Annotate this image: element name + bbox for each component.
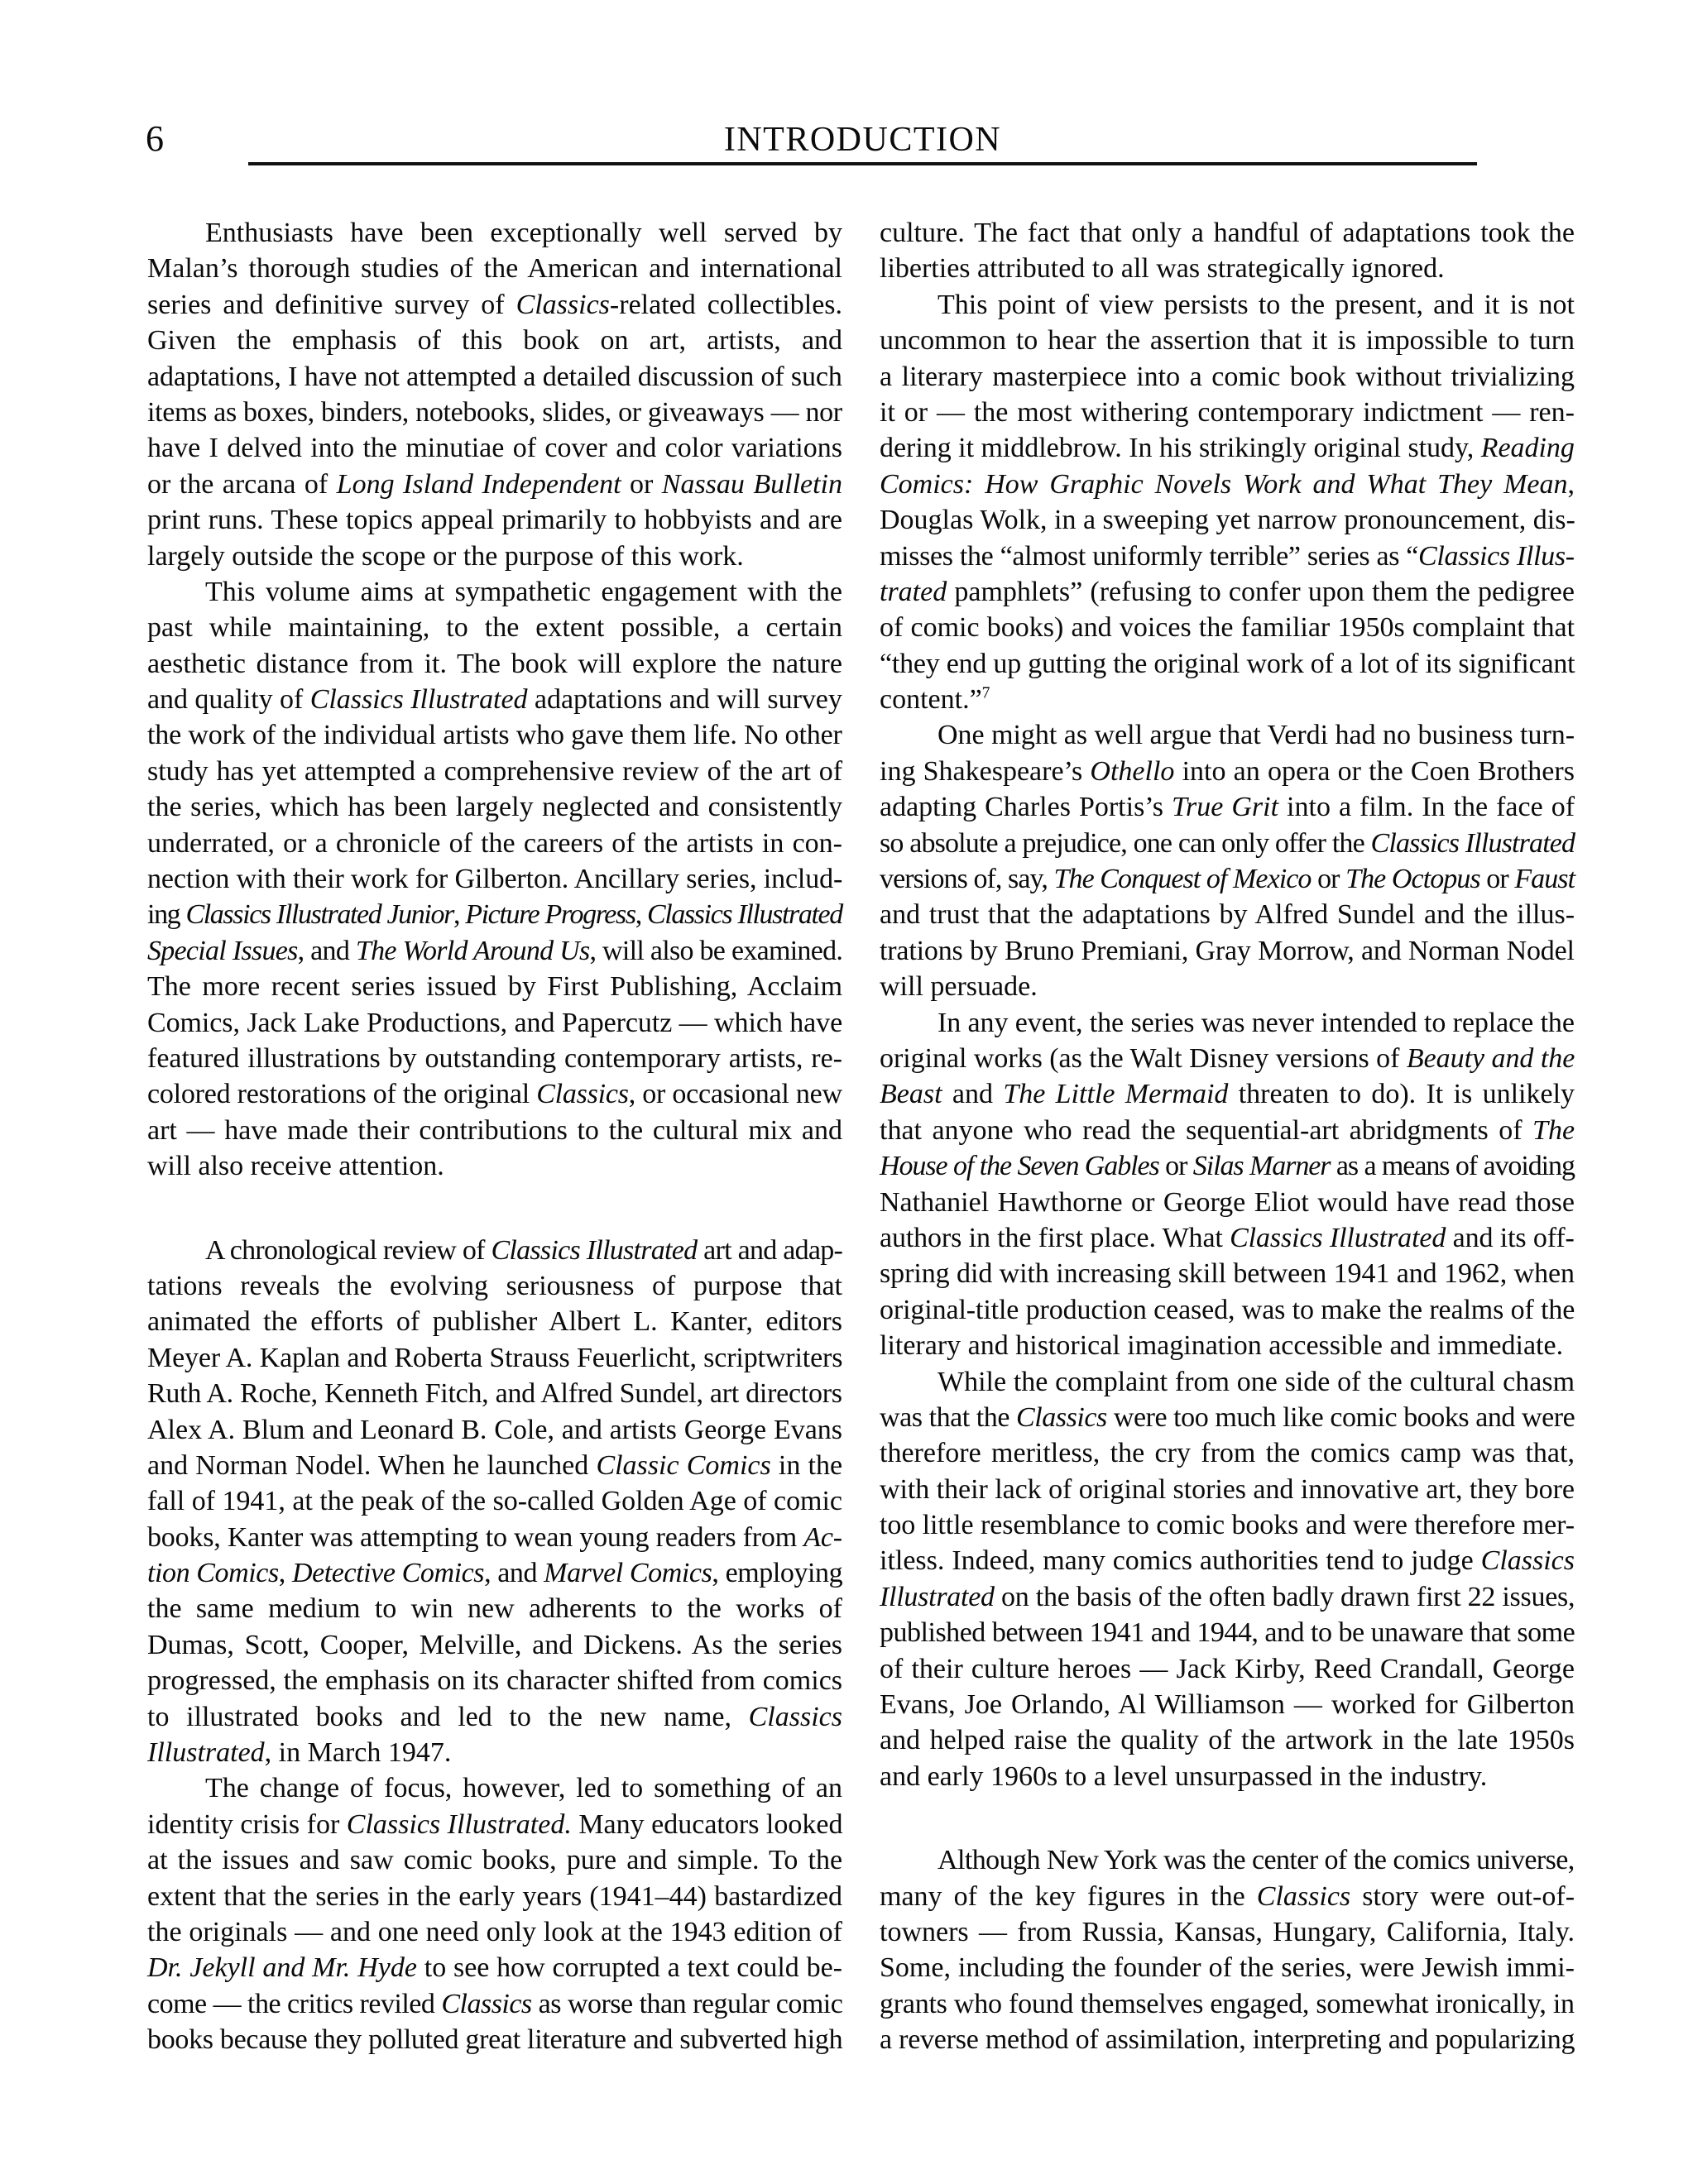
line-text: series and definitive survey of Classics… <box>147 290 842 320</box>
text-line: Illustrated, in March 1947. <box>147 1735 842 1770</box>
text-line: “they end up gutting the original work o… <box>880 646 1575 682</box>
text-line: culture. The fact that only a handful of… <box>880 215 1575 251</box>
line-text: and Norman Nodel. When he launched Class… <box>147 1450 842 1481</box>
line-text: and early 1960s to a level unsurpassed i… <box>880 1761 1487 1792</box>
line-text: that anyone who read the sequential-art … <box>880 1115 1575 1146</box>
text-line: colored restorations of the original Cla… <box>147 1076 842 1112</box>
text-line: progressed, the emphasis on its characte… <box>147 1663 842 1698</box>
line-text: at the issues and saw comic books, pure … <box>147 1845 842 1875</box>
text-line: art — have made their contributions to t… <box>147 1113 842 1148</box>
text-line: tations reveals the evolving seriousness… <box>147 1268 842 1304</box>
line-text: The change of focus, however, led to som… <box>205 1773 842 1803</box>
text-line: and quality of Classics Illustrated adap… <box>147 682 842 717</box>
line-text: and trust that the adaptations by Alfred… <box>880 899 1575 930</box>
text-line: tion Comics, Detective Comics, and Marve… <box>147 1555 842 1591</box>
line-text: a reverse method of assimilation, interp… <box>880 2024 1575 2055</box>
line-text: In any event, the series was never inten… <box>938 1008 1575 1038</box>
text-line: items as boxes, binders, notebooks, slid… <box>147 395 842 430</box>
line-text: original works (as the Walt Disney versi… <box>880 1043 1575 1074</box>
text-line: published between 1941 and 1944, and to … <box>880 1615 1575 1650</box>
line-text: ing Classics Illustrated Junior, Picture… <box>147 899 842 930</box>
text-line: uncommon to hear the assertion that it i… <box>880 323 1575 358</box>
text-line: it or — the most withering contemporary … <box>880 395 1575 430</box>
right-column: culture. The fact that only a handful of… <box>880 215 1575 2058</box>
line-text: authors in the first place. What Classic… <box>880 1223 1575 1253</box>
text-line: Beast and The Little Mermaid threaten to… <box>880 1076 1575 1112</box>
line-text: Some, including the founder of the serie… <box>880 1952 1575 1983</box>
text-line: and Norman Nodel. When he launched Class… <box>147 1448 842 1483</box>
line-text: liberties attributed to all was strategi… <box>880 253 1445 284</box>
line-text: therefore meritless, the cry from the co… <box>880 1438 1575 1468</box>
text-line: While the complaint from one side of the… <box>880 1364 1575 1400</box>
text-line: One might as well argue that Verdi had n… <box>880 717 1575 753</box>
line-text: Nathaniel Hawthorne or George Eliot woul… <box>880 1187 1575 1218</box>
line-text: Beast and The Little Mermaid threaten to… <box>880 1079 1575 1109</box>
line-text: Malan’s thorough studies of the American… <box>147 253 842 284</box>
line-text: Meyer A. Kaplan and Roberta Strauss Feue… <box>147 1343 842 1373</box>
text-line: and helped raise the quality of the artw… <box>880 1722 1575 1758</box>
text-line: Evans, Joe Orlando, Al Williamson — work… <box>880 1687 1575 1722</box>
text-line: many of the key figures in the Classics … <box>880 1879 1575 1914</box>
text-line: will persuade. <box>880 969 1575 1004</box>
line-text: Comics: How Graphic Novels Work and What… <box>880 469 1575 500</box>
line-text: Although New York was the center of the … <box>938 1845 1575 1875</box>
text-line: The change of focus, however, led to som… <box>147 1770 842 1806</box>
text-line: Malan’s thorough studies of the American… <box>147 251 842 286</box>
text-line: books, Kanter was attempting to wean you… <box>147 1520 842 1555</box>
line-text: content.”7 <box>880 684 990 715</box>
header-rule <box>248 162 1477 165</box>
line-text: adaptations, I have not attempted a deta… <box>147 362 842 392</box>
page: 6 INTRODUCTION Enthusiasts have been exc… <box>0 0 1688 2184</box>
line-text: colored restorations of the original Cla… <box>147 1079 842 1109</box>
line-text: Enthusiasts have been exceptionally well… <box>205 218 842 248</box>
text-line: past while maintaining, to the extent po… <box>147 610 842 645</box>
text-line: misses the “almost uniformly terrible” s… <box>880 539 1575 574</box>
text-line: a literary masterpiece into a comic book… <box>880 359 1575 395</box>
text-line: Some, including the founder of the serie… <box>880 1950 1575 1985</box>
line-text: items as boxes, binders, notebooks, slid… <box>147 397 842 428</box>
text-line: therefore meritless, the cry from the co… <box>880 1435 1575 1471</box>
text-line: largely outside the scope or the purpose… <box>147 539 842 574</box>
text-line: Alex A. Blum and Leonard B. Cole, and ar… <box>147 1412 842 1448</box>
line-text: books because they polluted great litera… <box>147 2024 842 2055</box>
line-text: Special Issues, and The World Around Us,… <box>147 936 842 966</box>
line-text: will persuade. <box>880 971 1038 1002</box>
text-line: and early 1960s to a level unsurpassed i… <box>880 1759 1575 1794</box>
line-text: largely outside the scope or the purpose… <box>147 541 744 572</box>
text-line: featured illustrations by outstanding co… <box>147 1041 842 1076</box>
text-line: Dumas, Scott, Cooper, Melville, and Dick… <box>147 1627 842 1663</box>
line-text: of their culture heroes — Jack Kirby, Re… <box>880 1654 1575 1684</box>
text-line: extent that the series in the early year… <box>147 1879 842 1914</box>
line-text: itless. Indeed, many comics authorities … <box>880 1545 1575 1576</box>
line-text: dering it middlebrow. In his strikingly … <box>880 433 1575 463</box>
text-line: itless. Indeed, many comics authorities … <box>880 1543 1575 1578</box>
line-text: with their lack of original stories and … <box>880 1474 1575 1505</box>
line-text: towners — from Russia, Kansas, Hungary, … <box>880 1917 1575 1947</box>
line-text: to illustrated books and led to the new … <box>147 1702 842 1732</box>
text-line: will also receive attention. <box>147 1148 842 1184</box>
text-line: of their culture heroes — Jack Kirby, Re… <box>880 1651 1575 1687</box>
text-line: towners — from Russia, Kansas, Hungary, … <box>880 1914 1575 1950</box>
line-text: books, Kanter was attempting to wean you… <box>147 1522 842 1553</box>
line-text: trated pamphlets” (refusing to confer up… <box>880 577 1575 607</box>
line-text: This volume aims at sympathetic engageme… <box>205 577 842 607</box>
line-text: literary and historical imagination acce… <box>880 1330 1563 1361</box>
text-line: dering it middlebrow. In his strikingly … <box>880 430 1575 466</box>
text-line: that anyone who read the sequential-art … <box>880 1113 1575 1148</box>
line-text: Ruth A. Roche, Kenneth Fitch, and Alfred… <box>147 1378 842 1409</box>
line-text: the originals — and one need only look a… <box>147 1917 842 1947</box>
text-line: the series, which has been largely negle… <box>147 789 842 825</box>
line-text: progressed, the emphasis on its characte… <box>147 1665 842 1696</box>
text-line: authors in the first place. What Classic… <box>880 1220 1575 1256</box>
text-line: books because they polluted great litera… <box>147 2022 842 2057</box>
text-line: too little resemblance to comic books an… <box>880 1507 1575 1543</box>
text-line: have I delved into the minutiae of cover… <box>147 430 842 466</box>
text-line: trations by Bruno Premiani, Gray Morrow,… <box>880 933 1575 969</box>
line-text: tations reveals the evolving seriousness… <box>147 1271 842 1301</box>
text-line: content.”7 <box>880 682 1575 717</box>
text-line: Ruth A. Roche, Kenneth Fitch, and Alfred… <box>147 1376 842 1411</box>
text-line: grants who found themselves engaged, som… <box>880 1986 1575 2022</box>
text-line: Comics, Jack Lake Productions, and Paper… <box>147 1005 842 1041</box>
text-line: spring did with increasing skill between… <box>880 1256 1575 1291</box>
line-text: art — have made their contributions to t… <box>147 1115 842 1146</box>
line-text: Illustrated on the basis of the often ba… <box>880 1582 1575 1612</box>
line-text: Evans, Joe Orlando, Al Williamson — work… <box>880 1689 1575 1720</box>
text-line: Meyer A. Kaplan and Roberta Strauss Feue… <box>147 1340 842 1376</box>
text-line: Although New York was the center of the … <box>880 1842 1575 1878</box>
text-line: Dr. Jekyll and Mr. Hyde to see how corru… <box>147 1950 842 1985</box>
line-text: culture. The fact that only a handful of… <box>880 218 1575 248</box>
line-text: and quality of Classics Illustrated adap… <box>147 684 842 715</box>
running-head-title: INTRODUCTION <box>248 122 1477 157</box>
text-line: series and definitive survey of Classics… <box>147 287 842 323</box>
line-text: “they end up gutting the original work o… <box>880 649 1575 679</box>
line-text: trations by Bruno Premiani, Gray Morrow,… <box>880 936 1575 966</box>
text-line: was that the Classics were too much like… <box>880 1400 1575 1435</box>
line-text: have I delved into the minutiae of cover… <box>147 433 842 463</box>
text-line: Douglas Wolk, in a sweeping yet narrow p… <box>880 502 1575 538</box>
line-text: Dr. Jekyll and Mr. Hyde to see how corru… <box>147 1952 842 1983</box>
line-text: of comic books) and voices the familiar … <box>880 612 1575 643</box>
line-text: The more recent series issued by First P… <box>147 971 842 1002</box>
line-text: original-title production ceased, was to… <box>880 1295 1575 1325</box>
text-line: adaptations, I have not attempted a deta… <box>147 359 842 395</box>
line-text: identity crisis for Classics Illustrated… <box>147 1809 842 1840</box>
text-line: at the issues and saw comic books, pure … <box>147 1842 842 1878</box>
text-line: underrated, or a chronicle of the career… <box>147 826 842 861</box>
text-line: Given the emphasis of this book on art, … <box>147 323 842 358</box>
line-text: many of the key figures in the Classics … <box>880 1881 1575 1912</box>
line-text: uncommon to hear the assertion that it i… <box>880 325 1575 356</box>
line-text: too little resemblance to comic books an… <box>880 1510 1575 1540</box>
text-line: trated pamphlets” (refusing to confer up… <box>880 574 1575 610</box>
text-line: to illustrated books and led to the new … <box>147 1699 842 1735</box>
line-text: the series, which has been largely negle… <box>147 792 842 822</box>
line-text: come — the critics reviled Classics as w… <box>147 1989 842 2019</box>
text-columns: Enthusiasts have been exceptionally well… <box>147 215 1575 2058</box>
text-line: original works (as the Walt Disney versi… <box>880 1041 1575 1076</box>
line-text: While the complaint from one side of the… <box>938 1367 1575 1397</box>
line-text: Dumas, Scott, Cooper, Melville, and Dick… <box>147 1630 842 1660</box>
line-text: Comics, Jack Lake Productions, and Paper… <box>147 1008 842 1038</box>
text-line: This point of view persists to the prese… <box>880 287 1575 323</box>
line-text: nection with their work for Gilberton. A… <box>147 864 842 894</box>
line-text: ing Shakespeare’s Othello into an opera … <box>880 756 1575 787</box>
text-line: literary and historical imagination acce… <box>880 1328 1575 1363</box>
text-line: Special Issues, and The World Around Us,… <box>147 933 842 969</box>
line-text: underrated, or a chronicle of the career… <box>147 828 842 859</box>
text-line: identity crisis for Classics Illustrated… <box>147 1807 842 1842</box>
text-line: nection with their work for Gilberton. A… <box>147 861 842 897</box>
line-text: spring did with increasing skill between… <box>880 1258 1575 1289</box>
line-text: A chronological review of Classics Illus… <box>205 1235 842 1266</box>
line-text: the work of the individual artists who g… <box>147 720 842 750</box>
text-line: In any event, the series was never inten… <box>880 1005 1575 1041</box>
line-text: grants who found themselves engaged, som… <box>880 1989 1575 2019</box>
line-text: extent that the series in the early year… <box>147 1881 842 1912</box>
line-text: past while maintaining, to the extent po… <box>147 612 842 643</box>
line-text: was that the Classics were too much like… <box>880 1402 1575 1433</box>
line-text: tion Comics, Detective Comics, and Marve… <box>147 1558 842 1588</box>
line-text: and helped raise the quality of the artw… <box>880 1725 1575 1755</box>
text-line: Enthusiasts have been exceptionally well… <box>147 215 842 251</box>
line-text: a literary masterpiece into a comic book… <box>880 362 1575 392</box>
line-text: Douglas Wolk, in a sweeping yet narrow p… <box>880 505 1575 535</box>
text-line: and trust that the adaptations by Alfred… <box>880 897 1575 932</box>
text-line: Comics: How Graphic Novels Work and What… <box>880 467 1575 502</box>
text-line: This volume aims at sympathetic engageme… <box>147 574 842 610</box>
text-line: or the arcana of Long Island Independent… <box>147 467 842 502</box>
text-line: the same medium to win new adherents to … <box>147 1591 842 1626</box>
line-text: Alex A. Blum and Leonard B. Cole, and ar… <box>147 1415 842 1445</box>
line-text: so absolute a prejudice, one can only of… <box>880 828 1575 859</box>
line-text: aesthetic distance from it. The book wil… <box>147 649 842 679</box>
text-line: with their lack of original stories and … <box>880 1472 1575 1507</box>
left-column: Enthusiasts have been exceptionally well… <box>147 215 842 2058</box>
text-line: versions of, say, The Conquest of Mexico… <box>880 861 1575 897</box>
text-line: animated the efforts of publisher Albert… <box>147 1304 842 1339</box>
text-line: original-title production ceased, was to… <box>880 1292 1575 1328</box>
line-text: will also receive attention. <box>147 1151 444 1181</box>
text-line: fall of 1941, at the peak of the so-call… <box>147 1483 842 1519</box>
line-text: study has yet attempted a comprehensive … <box>147 756 842 787</box>
text-line: ing Classics Illustrated Junior, Picture… <box>147 897 842 932</box>
text-line: aesthetic distance from it. The book wil… <box>147 646 842 682</box>
text-line: A chronological review of Classics Illus… <box>147 1233 842 1268</box>
text-line: print runs. These topics appeal primaril… <box>147 502 842 538</box>
line-text: published between 1941 and 1944, and to … <box>880 1617 1575 1648</box>
line-text: versions of, say, The Conquest of Mexico… <box>880 864 1575 894</box>
text-line: a reverse method of assimilation, interp… <box>880 2022 1575 2057</box>
text-line: adapting Charles Portis’s True Grit into… <box>880 789 1575 825</box>
line-text: featured illustrations by outstanding co… <box>147 1043 842 1074</box>
line-text: Illustrated, in March 1947. <box>147 1737 451 1768</box>
text-line: come — the critics reviled Classics as w… <box>147 1986 842 2022</box>
line-text: House of the Seven Gables or Silas Marne… <box>880 1151 1575 1181</box>
line-text: the same medium to win new adherents to … <box>147 1593 842 1624</box>
text-line: study has yet attempted a comprehensive … <box>147 754 842 789</box>
line-text: print runs. These topics appeal primaril… <box>147 505 842 535</box>
text-line: the work of the individual artists who g… <box>147 717 842 753</box>
line-text: fall of 1941, at the peak of the so-call… <box>147 1486 842 1516</box>
text-line: ing Shakespeare’s Othello into an opera … <box>880 754 1575 789</box>
text-line: Illustrated on the basis of the often ba… <box>880 1579 1575 1615</box>
text-line: The more recent series issued by First P… <box>147 969 842 1004</box>
line-text: This point of view persists to the prese… <box>938 290 1575 320</box>
line-text: or the arcana of Long Island Independent… <box>147 469 842 500</box>
text-line: the originals — and one need only look a… <box>147 1914 842 1950</box>
line-text: animated the efforts of publisher Albert… <box>147 1306 842 1337</box>
text-line: liberties attributed to all was strategi… <box>880 251 1575 286</box>
page-number: 6 <box>146 121 164 157</box>
text-line: House of the Seven Gables or Silas Marne… <box>880 1148 1575 1184</box>
text-line: so absolute a prejudice, one can only of… <box>880 826 1575 861</box>
line-text: One might as well argue that Verdi had n… <box>938 720 1575 750</box>
text-line: Nathaniel Hawthorne or George Eliot woul… <box>880 1185 1575 1220</box>
line-text: adapting Charles Portis’s True Grit into… <box>880 792 1575 822</box>
text-line: of comic books) and voices the familiar … <box>880 610 1575 645</box>
line-text: Given the emphasis of this book on art, … <box>147 325 842 356</box>
line-text: it or — the most withering contemporary … <box>880 397 1575 428</box>
line-text: misses the “almost uniformly terrible” s… <box>880 541 1575 572</box>
